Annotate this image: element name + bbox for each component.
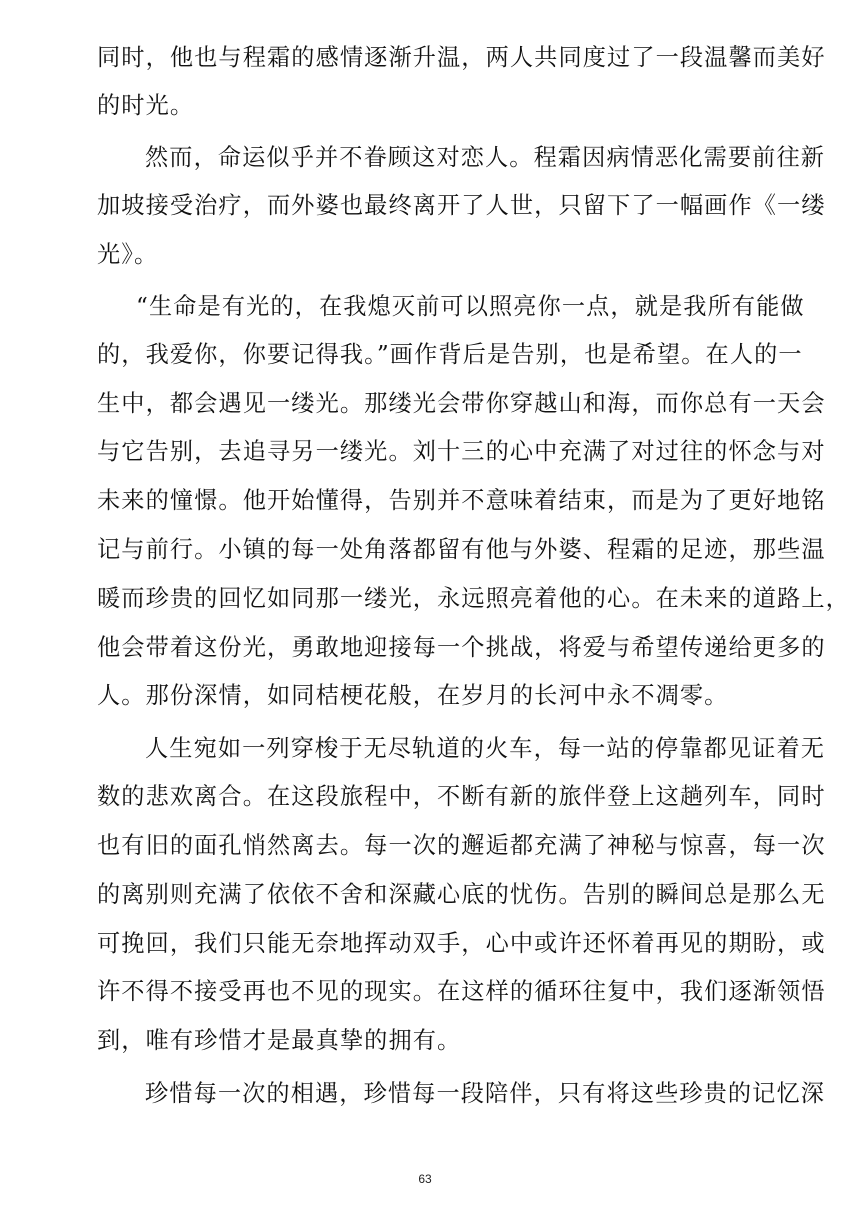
paragraph-4-line-1: 人生宛如一列穿梭于无尽轨道的火车，每一站的停靠都见证着无 bbox=[145, 734, 757, 764]
paragraph-2-line-1: 然而，命运似乎并不眷顾这对恋人。程霜因病情恶化需要前往新 bbox=[145, 143, 757, 173]
paragraph-3-line-1: “生命是有光的，在我熄灭前可以照亮你一点，就是我所有能做 bbox=[136, 292, 757, 322]
paragraph-1-line-2: 的时光。 bbox=[97, 91, 757, 121]
paragraph-3-line-3: 生中，都会遇见一缕光。那缕光会带你穿越山和海，而你总有一天会 bbox=[97, 389, 757, 419]
paragraph-3-line-7: 暖而珍贵的回忆如同那一缕光，永远照亮着他的心。在未来的道路上， bbox=[97, 584, 757, 614]
page-number: 63 bbox=[0, 1172, 850, 1186]
document-page: 同时，他也与程霜的感情逐渐升温，两人共同度过了一段温馨而美好 的时光。 然而，命… bbox=[0, 0, 850, 1205]
paragraph-3-line-4: 与它告别，去追寻另一缕光。刘十三的心中充满了对过往的怀念与对 bbox=[97, 437, 757, 467]
paragraph-4-line-3: 也有旧的面孔悄然离去。每一次的邂逅都充满了神秘与惊喜，每一次 bbox=[97, 831, 757, 861]
paragraph-4-line-7: 到，唯有珍惜才是最真挚的拥有。 bbox=[97, 1026, 757, 1056]
paragraph-2-line-2: 加坡接受治疗，而外婆也最终离开了人世，只留下了一幅画作《一缕 bbox=[97, 191, 757, 221]
paragraph-2-line-3: 光》。 bbox=[97, 240, 757, 270]
paragraph-3-line-9: 人。那份深情，如同桔梗花般，在岁月的长河中永不凋零。 bbox=[97, 681, 757, 711]
paragraph-3-line-6: 记与前行。小镇的每一处角落都留有他与外婆、程霜的足迹，那些温 bbox=[97, 535, 757, 565]
paragraph-3-line-8: 他会带着这份光，勇敢地迎接每一个挑战，将爱与希望传递给更多的 bbox=[97, 633, 757, 663]
paragraph-4-line-2: 数的悲欢离合。在这段旅程中，不断有新的旅伴登上这趟列车，同时 bbox=[97, 782, 757, 812]
paragraph-3-line-2: 的，我爱你，你要记得我。”画作背后是告别，也是希望。在人的一 bbox=[97, 340, 757, 370]
paragraph-4-line-5: 可挽回，我们只能无奈地挥动双手，心中或许还怀着再见的期盼，或 bbox=[97, 929, 757, 959]
paragraph-5-line-1: 珍惜每一次的相遇，珍惜每一段陪伴，只有将这些珍贵的记忆深 bbox=[145, 1079, 757, 1109]
paragraph-4-line-6: 许不得不接受再也不见的现实。在这样的循环往复中，我们逐渐领悟 bbox=[97, 977, 757, 1007]
paragraph-1-line-1: 同时，他也与程霜的感情逐渐升温，两人共同度过了一段温馨而美好 bbox=[97, 43, 757, 73]
paragraph-4-line-4: 的离别则充满了依依不舍和深藏心底的忧伤。告别的瞬间总是那么无 bbox=[97, 880, 757, 910]
paragraph-3-line-5: 未来的憧憬。他开始懂得，告别并不意味着结束，而是为了更好地铭 bbox=[97, 486, 757, 516]
